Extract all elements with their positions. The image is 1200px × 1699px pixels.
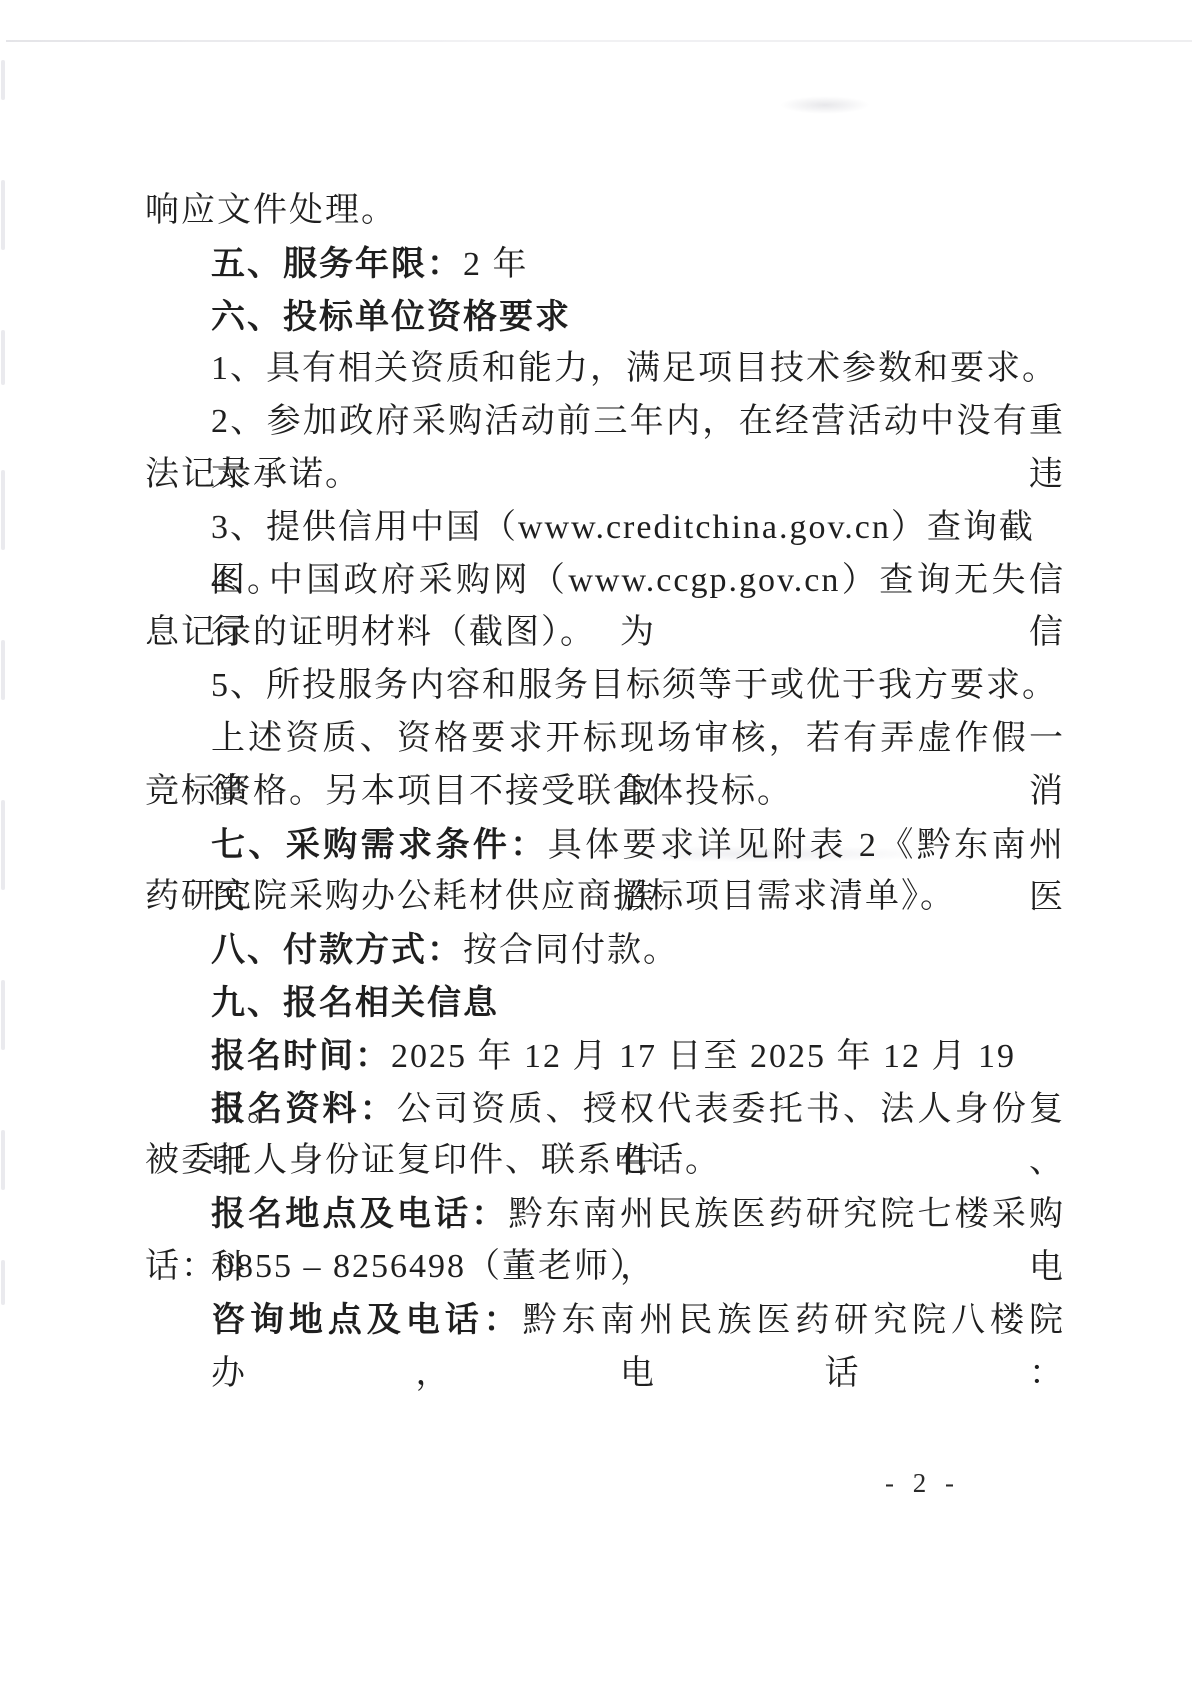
text-segment: 5、所投服务内容和服务目标须等于或优于我方要求。 — [211, 667, 1058, 704]
text-line: 上述资质、资格要求开标现场审核，若有弄虚作假一律取消 — [145, 713, 1065, 766]
text-line: 七、采购需求条件：具体要求详见附表 2《黔东南州民族医 — [145, 819, 1065, 872]
text-segment: 药研究院采购办公耗材供应商招标项目需求清单》。 — [145, 878, 956, 915]
text-line: 九、报名相关信息 — [145, 977, 1065, 1030]
text-line: 4、中国政府采购网（www.ccgp.gov.cn）查询无失信行为信 — [145, 555, 1065, 608]
scan-artifact-top-line — [6, 40, 1192, 42]
text-line: 六、投标单位资格要求 — [145, 291, 1065, 344]
text-line: 报名地点及电话：黔东南州民族医药研究院七楼采购科，电 — [145, 1188, 1065, 1241]
bold-label-segment: 八、付款方式： — [211, 931, 463, 969]
text-line: 2、参加政府采购活动前三年内，在经营活动中没有重大违 — [145, 396, 1065, 449]
scan-artifact-edge-mark — [1, 1260, 5, 1305]
text-line: 五、服务年限：2 年 — [145, 238, 1065, 291]
bold-label-segment: 九、报名相关信息 — [211, 984, 499, 1022]
text-segment: 息记录的证明材料（截图）。 — [145, 614, 596, 651]
text-segment: 竞标资格。另本项目不接受联合体投标。 — [145, 773, 793, 810]
page-number: - 2 - — [885, 1468, 960, 1499]
bold-label-segment: 七、采购需求条件： — [211, 826, 548, 864]
scan-artifact-smudge — [780, 96, 870, 114]
scan-artifact-edge-mark — [1, 470, 5, 550]
text-line: 5、所投服务内容和服务目标须等于或优于我方要求。 — [145, 660, 1065, 713]
scan-artifact-edge-mark — [1, 640, 5, 700]
text-segment: 2 年 — [463, 246, 529, 283]
scan-artifact-edge-mark — [1, 60, 5, 100]
document-text: 响应文件处理。五、服务年限：2 年六、投标单位资格要求1、具有相关资质和能力，满… — [145, 185, 1065, 1347]
text-segment: 法记录承诺。 — [145, 456, 361, 493]
text-line: 咨询地点及电话：黔东南州民族医药研究院八楼院办，电话： — [145, 1294, 1065, 1347]
bold-label-segment: 咨询地点及电话： — [211, 1301, 523, 1339]
text-segment: 按合同付款。 — [463, 932, 679, 969]
scan-artifact-edge-mark — [1, 330, 5, 385]
text-segment: 话：0855 – 8256498（董老师） — [145, 1248, 646, 1285]
text-line: 报名资料：公司资质、授权代表委托书、法人身份复印件、 — [145, 1083, 1065, 1136]
text-line: 响应文件处理。 — [145, 185, 1065, 238]
scanned-document-page: 响应文件处理。五、服务年限：2 年六、投标单位资格要求1、具有相关资质和能力，满… — [0, 0, 1200, 1699]
text-line: 报名时间：2025 年 12 月 17 日至 2025 年 12 月 19 日。 — [145, 1030, 1065, 1083]
text-line: 药研究院采购办公耗材供应商招标项目需求清单》。 — [145, 871, 1065, 924]
text-line: 1、具有相关资质和能力，满足项目技术参数和要求。 — [145, 343, 1065, 396]
scan-artifact-edge-mark — [1, 1130, 5, 1190]
bold-label-segment: 六、投标单位资格要求 — [211, 298, 571, 336]
text-segment: 被委托人身份证复印件、联系电话。 — [145, 1142, 721, 1179]
text-segment: 1、具有相关资质和能力，满足项目技术参数和要求。 — [211, 350, 1058, 387]
bold-label-segment: 五、服务年限： — [211, 245, 463, 283]
bold-label-segment: 报名资料： — [211, 1090, 397, 1128]
bold-label-segment: 报名地点及电话： — [211, 1195, 508, 1233]
scan-artifact-edge-mark — [1, 800, 5, 890]
bold-label-segment: 报名时间： — [211, 1037, 391, 1075]
text-line: 八、付款方式：按合同付款。 — [145, 924, 1065, 977]
text-line: 3、提供信用中国（www.creditchina.gov.cn）查询截图。 — [145, 502, 1065, 555]
scan-artifact-edge-mark — [1, 180, 5, 250]
text-segment: 响应文件处理。 — [145, 192, 397, 229]
scan-artifact-edge-mark — [1, 980, 5, 1050]
